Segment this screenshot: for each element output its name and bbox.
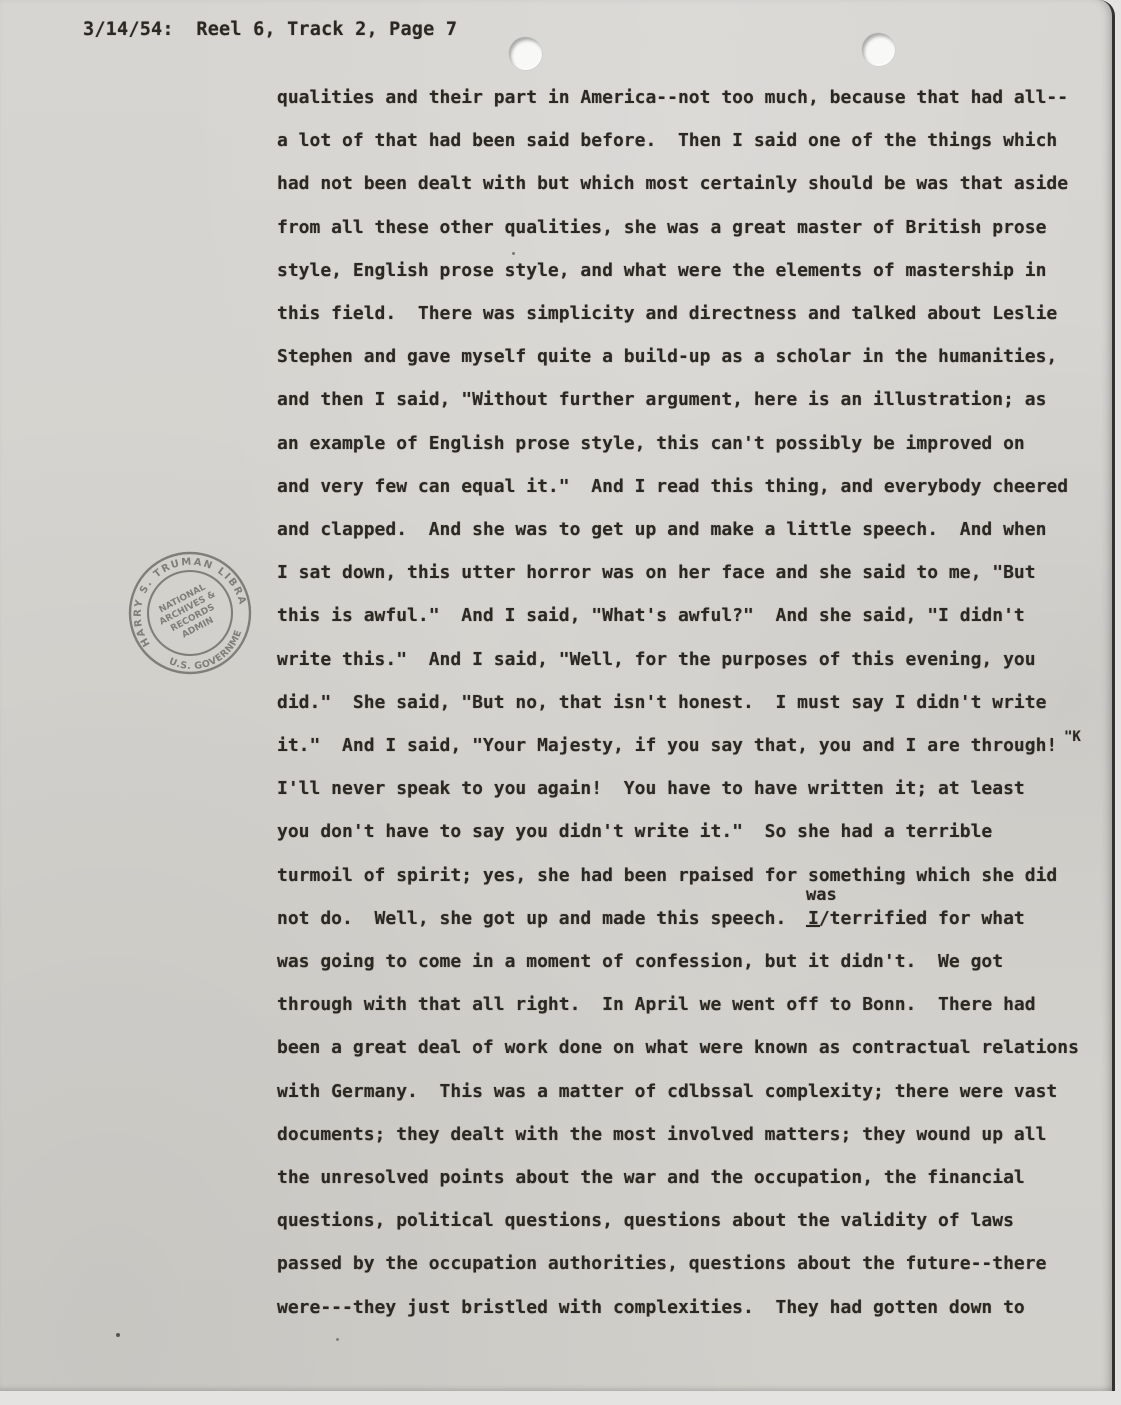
text-line: a lot of that had been said before. Then…: [277, 119, 1079, 162]
typed-insertion-was: was: [806, 885, 837, 905]
text-line: did." She said, "But no, that isn't hone…: [277, 681, 1079, 724]
text-line: this is awful." And I said, "What's awfu…: [277, 594, 1079, 637]
text-line: you don't have to say you didn't write i…: [277, 810, 1079, 853]
text-line: qualities and their part in America--not…: [277, 76, 1079, 119]
text-line: from all these other qualities, she was …: [277, 206, 1079, 249]
text-line: were---they just bristled with complexit…: [277, 1286, 1079, 1329]
underline-mark: [806, 925, 820, 927]
text-line: and clapped. And she was to get up and m…: [277, 508, 1079, 551]
text-line: had not been dealt with but which most c…: [277, 162, 1079, 205]
text-line: turmoil of spirit; yes, she had been rpa…: [277, 854, 1079, 897]
text-line: was going to come in a moment of confess…: [277, 940, 1079, 983]
punch-hole-right: [862, 33, 895, 66]
text-line: this field. There was simplicity and dir…: [277, 292, 1079, 335]
ink-speck: [512, 252, 515, 255]
ink-speck: [336, 1338, 339, 1341]
stamp-center-text: NATIONAL ARCHIVES & RECORDS ADMIN: [153, 580, 228, 647]
text-line: passed by the occupation authorities, qu…: [277, 1242, 1079, 1285]
text-line: I'll never speak to you again! You have …: [277, 767, 1079, 810]
text-line: been a great deal of work done on what w…: [277, 1026, 1079, 1069]
text-line: through with that all right. In April we…: [277, 983, 1079, 1026]
punch-hole-left: [509, 37, 542, 70]
typed-text: qualities and their part in America--not…: [277, 76, 1079, 1329]
text-line: questions, political questions, question…: [277, 1199, 1079, 1242]
text-line: I sat down, this utter horror was on her…: [277, 551, 1079, 594]
text-line: not do. Well, she got up and made this s…: [277, 897, 1079, 940]
text-line: with Germany. This was a matter of cdlbs…: [277, 1070, 1079, 1113]
text-line: Stephen and gave myself quite a build-up…: [277, 335, 1079, 378]
ink-speck: [116, 1333, 120, 1337]
stray-typed-mark: "K: [1064, 729, 1081, 745]
text-line: documents; they dealt with the most invo…: [277, 1113, 1079, 1156]
text-line: and then I said, "Without further argume…: [277, 378, 1079, 421]
text-line: style, English prose style, and what wer…: [277, 249, 1079, 292]
page-header: 3/14/54: Reel 6, Track 2, Page 7: [83, 19, 457, 40]
text-line: the unresolved points about the war and …: [277, 1156, 1079, 1199]
text-line: and very few can equal it." And I read t…: [277, 465, 1079, 508]
text-line: an example of English prose style, this …: [277, 422, 1079, 465]
text-line: write this." And I said, "Well, for the …: [277, 638, 1079, 681]
text-line: it." And I said, "Your Majesty, if you s…: [277, 724, 1079, 767]
